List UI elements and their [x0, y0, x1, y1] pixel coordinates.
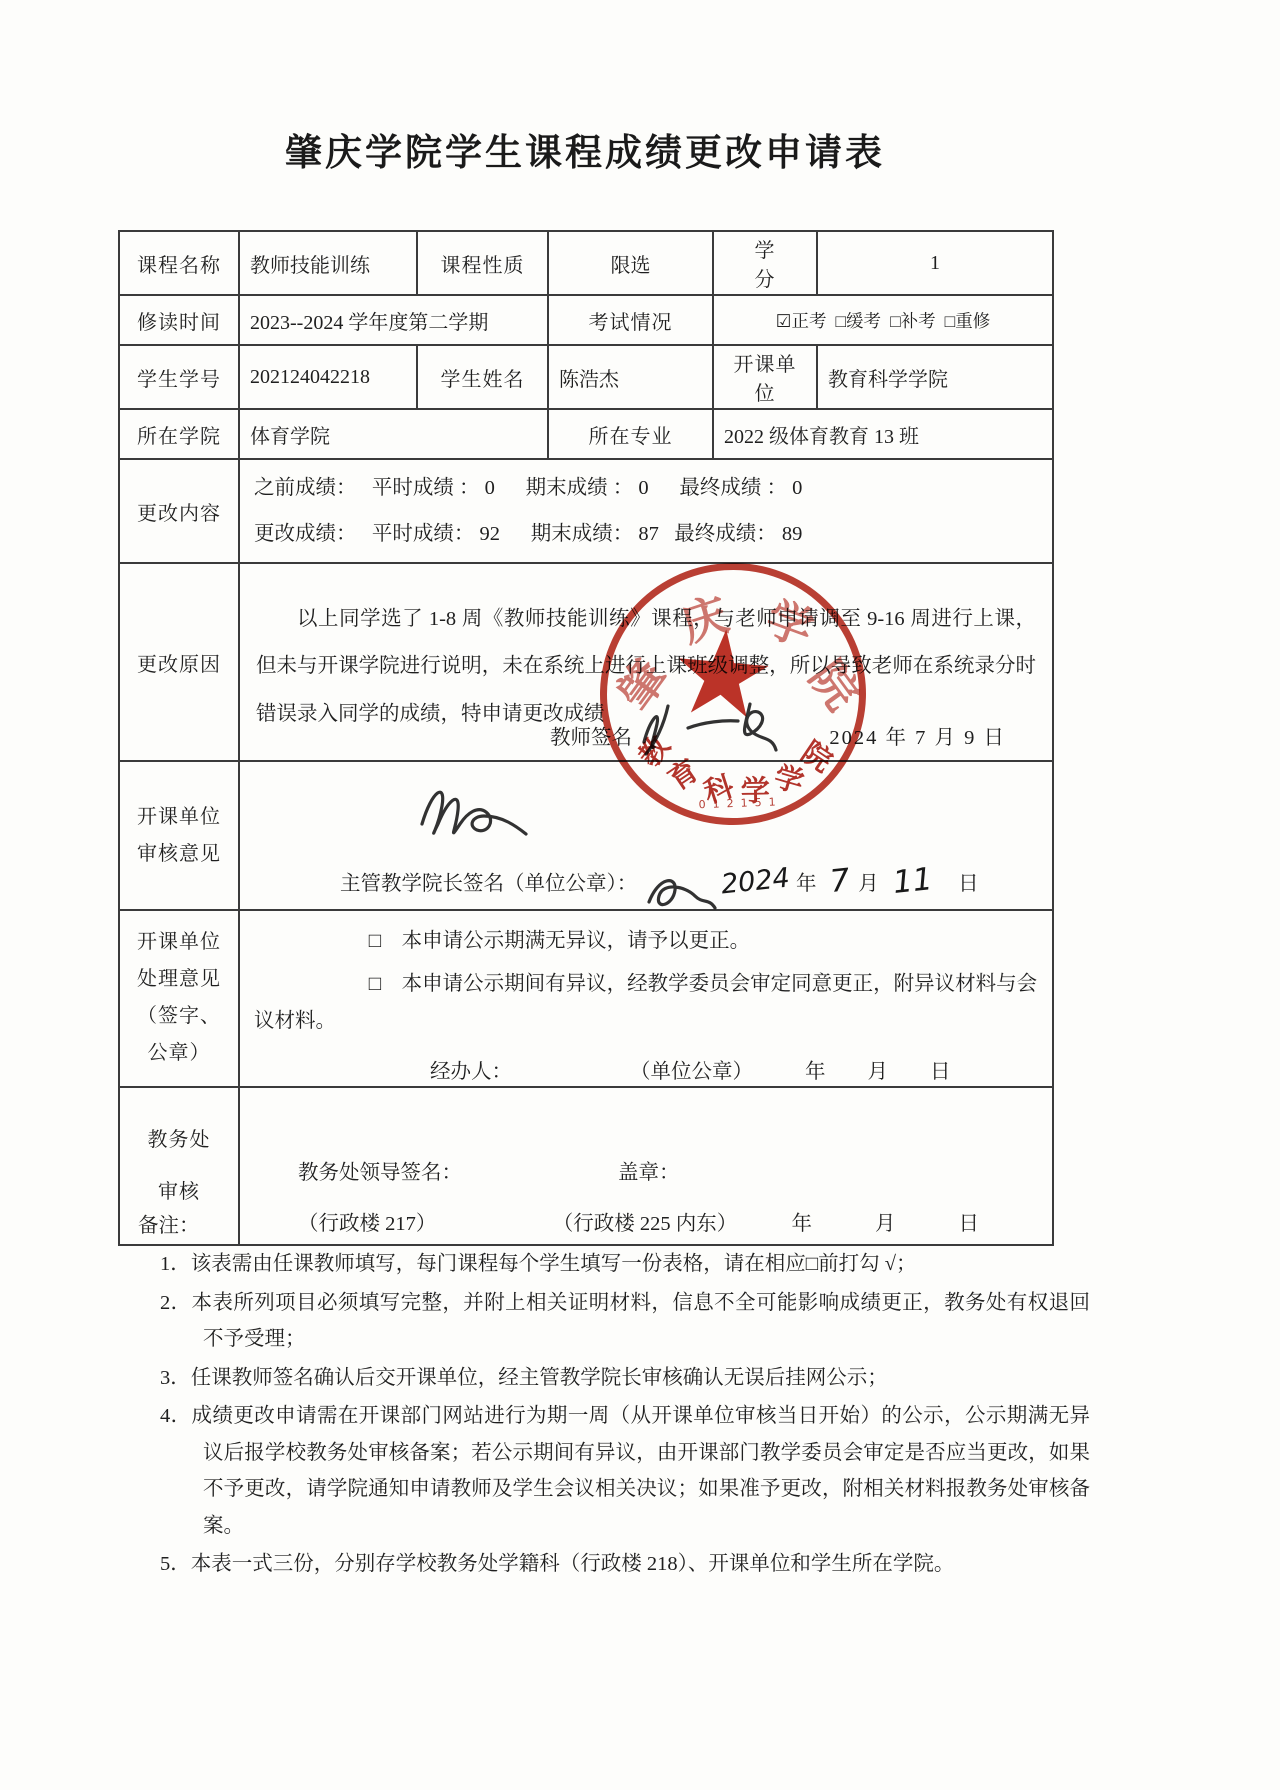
- checkbox-retake: □重修: [945, 308, 991, 333]
- agent-line: 经办人： （单位公章） 年 月 日: [250, 1054, 1042, 1084]
- college-value: 体育学院: [239, 409, 548, 459]
- checkbox-makeup-exam: □补考: [890, 308, 936, 333]
- offering-unit-handling-cell: □ 本申请公示期满无异议，请予以更正。 □ 本申请公示期间有异议，经教学委员会审…: [239, 910, 1053, 1087]
- jwc-sign-row: 教务处领导签名： 盖章：: [250, 1157, 1042, 1190]
- month-char: 月: [868, 1054, 889, 1084]
- note-item-1: 1．该表需由任课教师填写，每门课程每个学生填写一份表格，请在相应□前打勾 √；: [160, 1246, 1090, 1282]
- scanned-form-page: 肇庆学院学生课程成绩更改申请表 课程名称 教师技能训练 课程性质 限选 学 分 …: [0, 0, 1280, 1790]
- handwritten-scribble: [639, 866, 721, 912]
- study-term-label: 修读时间: [119, 295, 239, 345]
- course-name-value: 教师技能训练: [239, 231, 417, 295]
- student-id-label: 学生学号: [119, 345, 239, 409]
- dean-sign-line: 主管教学院长签名（单位公章）： 2024 年 7 月 11 日: [340, 863, 1044, 899]
- course-nature-value: 限选: [548, 231, 713, 295]
- study-term-value: 2023--2024 学年度第二学期: [239, 295, 548, 345]
- offering-unit-review-label: 开课单位 审核意见: [119, 761, 239, 910]
- page-title: 肇庆学院学生课程成绩更改申请表: [118, 122, 1052, 176]
- table-row: 学生学号 202124042218 学生姓名 陈浩杰 开课单位 教育科学学院: [119, 345, 1053, 409]
- dean-signature-label: 主管教学院长签名（单位公章）：: [340, 866, 637, 896]
- college-label: 所在学院: [119, 409, 239, 459]
- student-name-value: 陈浩杰: [548, 345, 713, 409]
- student-name-label: 学生姓名: [417, 345, 548, 409]
- table-row: 开课单位 处理意见 （签字、 公章） □ 本申请公示期满无异议，请予以更正。 □…: [119, 910, 1053, 1087]
- change-reason-cell: 以上同学选了 1-8 周《教师技能训练》课程，与老师申请调至 9-16 周进行上…: [239, 563, 1053, 761]
- month-char: 月: [858, 866, 879, 896]
- unit-seal-label: （单位公章）: [630, 1054, 753, 1084]
- table-row: 更改原因 以上同学选了 1-8 周《教师技能训练》课程，与老师申请调至 9-16…: [119, 563, 1053, 761]
- table-row: 课程名称 教师技能训练 课程性质 限选 学 分 1: [119, 231, 1053, 295]
- major-label: 所在专业: [548, 409, 713, 459]
- offering-unit-review-cell: 主管教学院长签名（单位公章）： 2024 年 7 月 11 日: [239, 761, 1053, 910]
- table-row: 所在学院 体育学院 所在专业 2022 级体育教育 13 班: [119, 409, 1053, 459]
- day-char: 日: [958, 866, 979, 896]
- jwc-leader-signature-label: 教务处领导签名：: [250, 1157, 618, 1190]
- checkbox-normal-exam: ☑正考: [776, 308, 827, 333]
- checkbox-deferred-exam: □缓考: [835, 308, 881, 333]
- teacher-signature-date: 2024 年 7 月 9 日: [829, 720, 1006, 750]
- offering-unit-label: 开课单位: [713, 345, 817, 409]
- course-nature-label: 课程性质: [417, 231, 548, 295]
- table-row: 开课单位 审核意见 主管教学院长签名（单位公章）： 2024 年 7 月 11 …: [119, 761, 1053, 910]
- change-content-label: 更改内容: [119, 459, 239, 563]
- major-value: 2022 级体育教育 13 班: [713, 409, 1053, 459]
- offering-unit-value: 教育科学学院: [817, 345, 1053, 409]
- change-content-cell: 之前成绩： 平时成绩 ： 0 期末成绩 ： 0 最终成绩 ： 0 更改成绩： 平…: [239, 459, 1053, 563]
- teacher-sign-line: 教师签名 2024 年 7 月 9 日: [250, 720, 1042, 750]
- day-char: 日: [930, 1054, 951, 1084]
- year-char: 年: [805, 1054, 826, 1084]
- jwc-seal-label: 盖章：: [618, 1157, 918, 1190]
- course-name-label: 课程名称: [119, 231, 239, 295]
- notes-section: 备注： 1．该表需由任课教师填写，每门课程每个学生填写一份表格，请在相应□前打勾…: [138, 1208, 1090, 1583]
- note-item-3: 3．任课教师签名确认后交开课单位，经主管教学院长审核确认无误后挂网公示；: [160, 1360, 1090, 1396]
- handwritten-year: 2024: [720, 862, 792, 900]
- dean-signature-scribble: [402, 772, 574, 856]
- handwritten-month: 7: [829, 862, 852, 900]
- exam-status-label: 考试情况: [548, 295, 713, 345]
- agent-label: 经办人：: [430, 1054, 512, 1084]
- previous-grades-line: 之前成绩： 平时成绩 ： 0 期末成绩 ： 0 最终成绩 ： 0: [250, 465, 1042, 511]
- handling-option-1: □ 本申请公示期满无异议，请予以更正。: [254, 923, 1038, 960]
- changed-grades-line: 更改成绩： 平时成绩： 92 期末成绩： 87 最终成绩： 89: [250, 511, 1042, 557]
- exam-status-options: ☑正考 □缓考 □补考 □重修: [713, 295, 1053, 345]
- student-id-value: 202124042218: [239, 345, 417, 409]
- change-reason-label: 更改原因: [119, 563, 239, 761]
- notes-header: 备注：: [138, 1208, 1090, 1244]
- credit-label: 学 分: [713, 231, 817, 295]
- table-row: 修读时间 2023--2024 学年度第二学期 考试情况 ☑正考 □缓考 □补考…: [119, 295, 1053, 345]
- year-char: 年: [796, 866, 817, 896]
- table-row: 更改内容 之前成绩： 平时成绩 ： 0 期末成绩 ： 0 最终成绩 ： 0 更改…: [119, 459, 1053, 563]
- note-item-4: 4．成绩更改申请需在开课部门网站进行为期一周（从开课单位审核当日开始）的公示，公…: [160, 1398, 1090, 1544]
- handling-option-2: □ 本申请公示期间有异议，经教学委员会审定同意更正，附异议材料与会议材料。: [254, 966, 1038, 1040]
- handwritten-day: 11: [891, 861, 934, 901]
- offering-unit-handling-label: 开课单位 处理意见 （签字、 公章）: [119, 910, 239, 1087]
- teacher-signature-label: 教师签名: [550, 720, 632, 750]
- note-item-2: 2．本表所列项目必须填写完整，并附上相关证明材料，信息不全可能影响成绩更正，教务…: [160, 1285, 1090, 1358]
- grade-change-form-table: 课程名称 教师技能训练 课程性质 限选 学 分 1 修读时间 2023--202…: [118, 230, 1054, 1246]
- credit-value: 1: [817, 231, 1053, 295]
- note-item-5: 5．本表一式三份，分别存学校教务处学籍科（行政楼 218）、开课单位和学生所在学…: [160, 1546, 1090, 1582]
